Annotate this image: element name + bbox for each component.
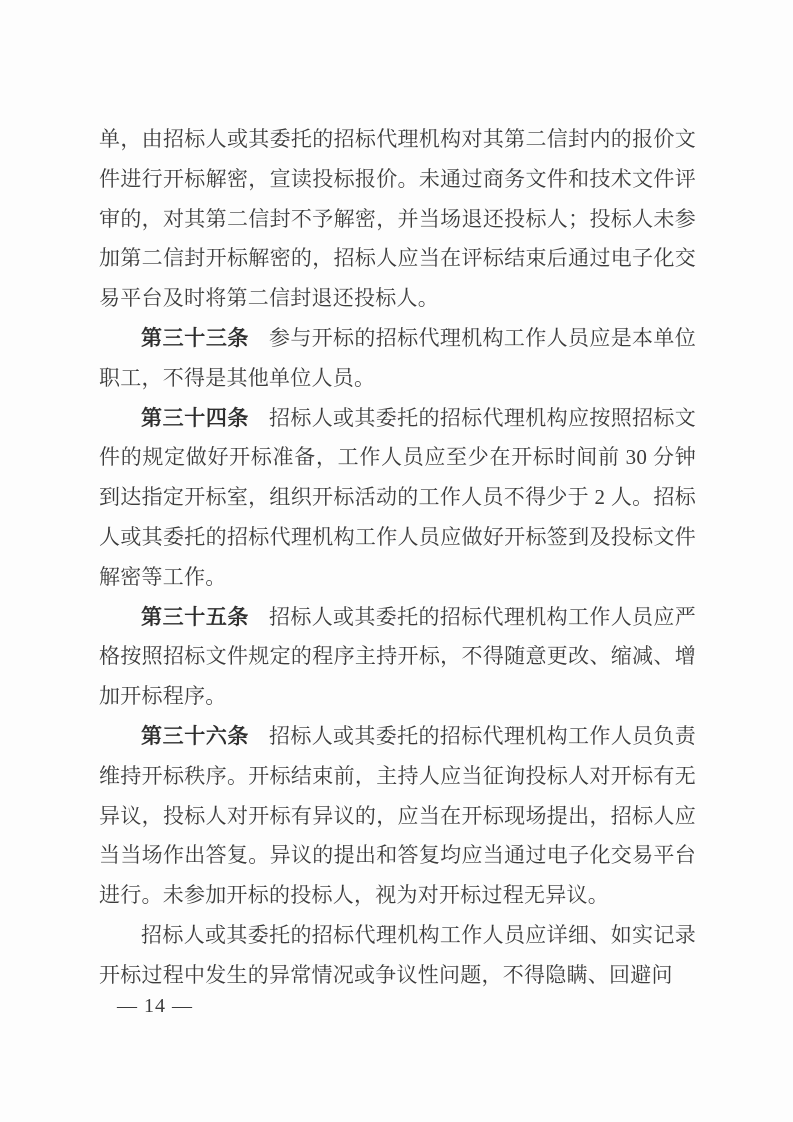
paragraph-continuation: 单，由招标人或其委托的招标代理机构对其第二信封内的报价文件进行开标解密，宣读投标… — [99, 120, 696, 319]
paragraph-text: 招标人或其委托的招标代理机构工作人员负责维持开标秩序。开标结束前，主持人应当征询… — [99, 724, 696, 907]
paragraph-article-33: 第三十三条参与开标的招标代理机构工作人员应是本单位职工，不得是其他单位人员。 — [99, 319, 696, 399]
article-number: 第三十五条 — [141, 606, 249, 629]
article-number: 第三十六条 — [141, 725, 249, 748]
article-number: 第三十三条 — [141, 327, 249, 350]
paragraph-article-34: 第三十四条招标人或其委托的招标代理机构应按照招标文件的规定做好开标准备，工作人员… — [99, 399, 696, 598]
paragraph-article-35: 第三十五条招标人或其委托的招标代理机构工作人员应严格按照招标文件规定的程序主持开… — [99, 598, 696, 717]
paragraph-text: 单，由招标人或其委托的招标代理机构对其第二信封内的报价文件进行开标解密，宣读投标… — [99, 127, 696, 310]
document-page: 单，由招标人或其委托的招标代理机构对其第二信封内的报价文件进行开标解密，宣读投标… — [0, 0, 793, 1122]
paragraph-text: 招标人或其委托的招标代理机构工作人员应详细、如实记录开标过程中发生的异常情况或争… — [99, 923, 696, 987]
paragraph-indented: 招标人或其委托的招标代理机构工作人员应详细、如实记录开标过程中发生的异常情况或争… — [99, 916, 696, 996]
paragraph-article-36: 第三十六条招标人或其委托的招标代理机构工作人员负责维持开标秩序。开标结束前，主持… — [99, 717, 696, 916]
article-number: 第三十四条 — [141, 407, 249, 430]
page-number: — 14 — — [117, 995, 193, 1018]
document-body: 单，由招标人或其委托的招标代理机构对其第二信封内的报价文件进行开标解密，宣读投标… — [99, 120, 696, 996]
paragraph-text: 招标人或其委托的招标代理机构应按照招标文件的规定做好开标准备，工作人员应至少在开… — [99, 406, 696, 589]
